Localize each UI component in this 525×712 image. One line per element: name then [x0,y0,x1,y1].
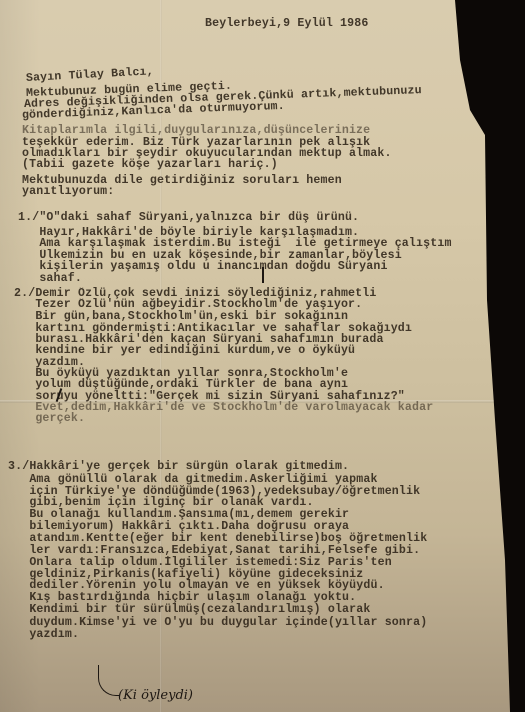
date-line: Beylerbeyi,9 Eylül 1986 [205,18,368,30]
letter-line: 1./"O"daki sahaf Süryani,yalnızca bir dü… [18,212,359,224]
letter-paper: Beylerbeyi,9 Eylül 1986 Sayın Tülay Balc… [0,0,525,712]
letter-line: yanıtlıyorum: [22,186,114,198]
letter-line: (Tabii gazete köşe yazarları hariç.) [22,159,278,171]
handwritten-note: (Ki öyleydi) [118,688,193,703]
letter-line: gerçek. [14,413,85,425]
letter-line: yazdım. [8,629,79,641]
letter-line: sahaf. [18,273,82,285]
handwritten-arrow [98,665,119,696]
pen-mark [262,267,264,283]
letter-line: 3./Hakkâri'ye gerçek bir sürgün olarak g… [8,461,349,473]
letter-line: Kendimi bir tür sürülmüş(cezalandırılmış… [8,604,370,616]
